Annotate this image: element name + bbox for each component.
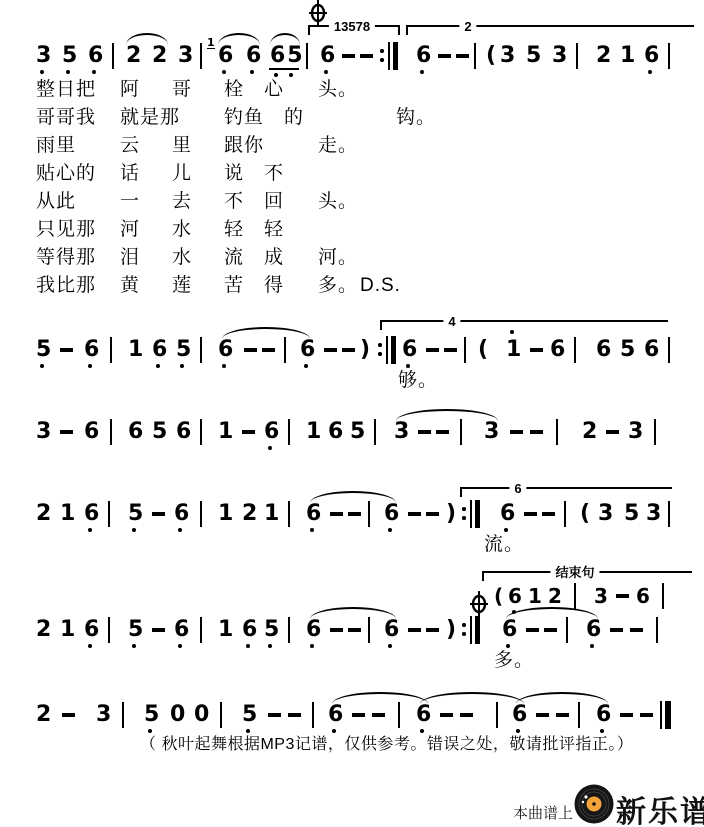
lyric-row: 贴心的话儿说不 — [0, 163, 704, 189]
lyric-syllable: 不 — [264, 163, 284, 185]
lyric-syllable: 头。 — [318, 79, 358, 101]
lyric-syllable: 水 — [172, 219, 192, 241]
lyric-syllable: 里 — [172, 135, 192, 157]
lyric-syllable: 水 — [172, 247, 192, 269]
lyric-syllable: 儿 — [172, 163, 192, 185]
lyric-syllable: 话 — [120, 163, 140, 185]
lyric-syllable: 阿 — [120, 79, 140, 101]
lyric-syllable: 钓鱼 — [224, 107, 264, 129]
lyric-syllable: 贴心的 — [36, 163, 96, 185]
lyric-syllable: 河。 — [318, 247, 358, 269]
lyric-syllable: 云 — [120, 135, 140, 157]
lyric-syllable: 轻 — [264, 219, 284, 241]
lyric-syllable: 莲 — [172, 275, 192, 297]
lyric-syllable: 哥 — [172, 79, 192, 101]
lyric-syllable: 不 — [224, 191, 244, 213]
lyric-row: 我比那黄莲苦得多。D.S. — [0, 275, 704, 301]
lyric-row: 只见那河水轻轻 — [0, 219, 704, 245]
brand-logo-text: 新乐谱 — [616, 787, 704, 827]
vinyl-record-icon — [574, 784, 614, 824]
lyric-row: 等得那泪水流成河。 — [0, 247, 704, 273]
lyric-syllable: 轻 — [224, 219, 244, 241]
lyric-syllable: 从此 — [36, 191, 76, 213]
lyric-syllable: 流 — [224, 247, 244, 269]
lyric-syllable: 回 — [264, 191, 284, 213]
lyric-syllable: 的 — [284, 107, 304, 129]
lyric-syllable: 只见那 — [36, 219, 96, 241]
lyric-syllable: D.S. — [360, 275, 401, 297]
lyric-syllable: 等得那 — [36, 247, 96, 269]
lyric-syllable: 就是那 — [120, 107, 180, 129]
sheet-music-page: 3562236166566(3532165616566)6(1665636656… — [0, 0, 704, 827]
lyric-syllable: 钩。 — [396, 107, 436, 129]
lyric-syllable: 栓 — [224, 79, 244, 101]
lyric-row: 雨里云里跟你走。 — [0, 135, 704, 161]
lyric-syllable: 去 — [172, 191, 192, 213]
lyric-syllable: 泪 — [120, 247, 140, 269]
lyric-syllable: 走。 — [318, 135, 358, 157]
lyric-syllable: 多。 — [318, 275, 358, 297]
transcriber-note: （ 秋叶起舞根据MP3记谱，仅供参考。错误之处，敬请批评指正。） — [140, 731, 633, 754]
lyric-syllable: 得 — [264, 275, 284, 297]
lyric-row: 从此一去不回头。 — [0, 191, 704, 217]
lyric-row: 整日把阿哥栓心头。 — [0, 79, 704, 105]
lyric-syllable: 苦 — [224, 275, 244, 297]
lyric-syllable: 整日把 — [36, 79, 96, 101]
lyric-syllable: 成 — [264, 247, 284, 269]
lyric-syllable: 哥哥我 — [36, 107, 96, 129]
lyric-syllable: 我比那 — [36, 275, 96, 297]
lyric-syllable: 跟你 — [224, 135, 264, 157]
lyric-row: 哥哥我就是那钓鱼的钩。 — [0, 107, 704, 133]
footer-source-text: 本曲谱上 — [513, 802, 573, 823]
lyric-syllable: 雨里 — [36, 135, 76, 157]
lyrics-block: 整日把阿哥栓心头。哥哥我就是那钓鱼的钩。雨里云里跟你走。贴心的话儿说不从此一去不… — [0, 0, 704, 827]
lyric-syllable: 说 — [224, 163, 244, 185]
lyric-syllable: 河 — [120, 219, 140, 241]
lyric-syllable: 心 — [264, 79, 284, 101]
lyric-syllable: 头。 — [318, 191, 358, 213]
lyric-syllable: 黄 — [120, 275, 140, 297]
lyric-syllable: 一 — [120, 191, 140, 213]
